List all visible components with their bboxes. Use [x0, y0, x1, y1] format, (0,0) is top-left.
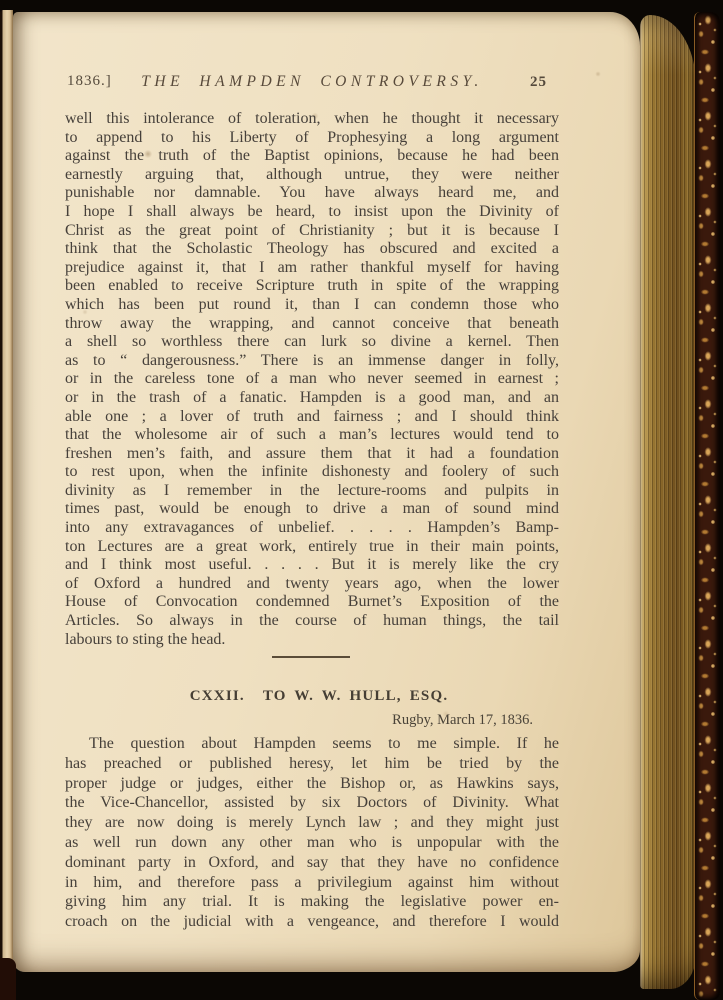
text-line: able one ; a lover of truth and fairness…: [65, 408, 559, 427]
text-line: labours to sting the head.: [65, 631, 559, 650]
text-line: into any extravagances of unbelief. . . …: [65, 519, 559, 538]
section-divider-rule: [272, 656, 350, 658]
text-line: ton Lectures are a great work, entirely …: [65, 538, 559, 557]
text-line: freshen men’s faith, and assure them tha…: [65, 445, 559, 464]
text-line: well this intolerance of toleration, whe…: [65, 110, 559, 129]
text-line: been enabled to receive Scripture truth …: [65, 277, 559, 296]
text-line: as to “ dangerousness.” There is an imme…: [65, 352, 559, 371]
letter-cxxii-body: The question about Hampden seems to me s…: [65, 734, 559, 932]
letter-number: CXXII.: [190, 688, 245, 704]
letter-dateline: Rugby, March 17, 1836.: [65, 712, 559, 729]
running-head-title: THE HAMPDEN CONTROVERSY.: [65, 73, 559, 91]
page-number: 25: [530, 74, 547, 91]
text-line: to append to his Liberty of Prophesying …: [65, 129, 559, 148]
tooled-leather-binding-edge: [694, 12, 720, 1000]
text-line: they are now doing is merely Lynch law ;…: [65, 813, 559, 833]
text-line: Christ as the great point of Christianit…: [65, 222, 559, 241]
text-line: in him, and therefore pass a privilegium…: [65, 873, 559, 893]
text-line: prejudice against it, that I am rather t…: [65, 259, 559, 278]
text-line: the Vice-Chancellor, assisted by six Doc…: [65, 793, 559, 813]
text-line: a shell so worthless there can lurk so d…: [65, 333, 559, 352]
book-page: 1836.] THE HAMPDEN CONTROVERSY. 25 well …: [13, 12, 640, 972]
running-head: 1836.] THE HAMPDEN CONTROVERSY. 25: [65, 73, 559, 93]
letter-cxxi-continuation: well this intolerance of toleration, whe…: [65, 110, 559, 649]
text-line: and I think most useful. . . . . But it …: [65, 556, 559, 575]
text-line: or in the careless tone of a man who nev…: [65, 370, 559, 389]
letter-cxxii-heading: CXXII.TO W. W. HULL, ESQ.: [65, 688, 559, 705]
text-line: against the truth of the Baptist opinion…: [65, 147, 559, 166]
text-line: or in the trash of a fanatic. Hampden is…: [65, 389, 559, 408]
text-line: of Oxford a hundred and twenty years ago…: [65, 575, 559, 594]
gilt-fore-edge: [640, 15, 696, 989]
book-photo: 1836.] THE HAMPDEN CONTROVERSY. 25 well …: [0, 0, 723, 1000]
text-line: The question about Hampden seems to me s…: [65, 734, 559, 754]
text-line: House of Convocation condemned Burnet’s …: [65, 593, 559, 612]
text-line: dominant party in Oxford, and say that t…: [65, 853, 559, 873]
text-line: which has been put round it, than I can …: [65, 296, 559, 315]
text-line: times past, would be enough to drive a m…: [65, 500, 559, 519]
text-line: punishable nor damnable. You have always…: [65, 184, 559, 203]
text-line: Articles. So always in the course of hum…: [65, 612, 559, 631]
text-line: proper judge or judges, either the Bisho…: [65, 774, 559, 794]
text-line: to rest upon, when the infinite dishones…: [65, 463, 559, 482]
text-line: think that the Scholastic Theology has o…: [65, 240, 559, 259]
gutter-page-edge: [0, 10, 13, 976]
text-line: I hope I shall always be heard, to insis…: [65, 203, 559, 222]
text-line: that the wholesome air of such a man’s l…: [65, 426, 559, 445]
text-line: as well run down any other man who is un…: [65, 833, 559, 853]
text-line: has preached or published heresy, let hi…: [65, 754, 559, 774]
spine-corner: [0, 958, 16, 1000]
text-line: earnestly arguing that, although untrue,…: [65, 166, 559, 185]
text-line: croach on the judicial with a vengeance,…: [65, 912, 559, 932]
text-line: giving him any trial. It is making the l…: [65, 892, 559, 912]
text-line: divinity as I remember in the lecture-ro…: [65, 482, 559, 501]
letter-recipient: TO W. W. HULL, ESQ.: [263, 688, 448, 704]
text-line: throw away the wrapping, and cannot conc…: [65, 315, 559, 334]
